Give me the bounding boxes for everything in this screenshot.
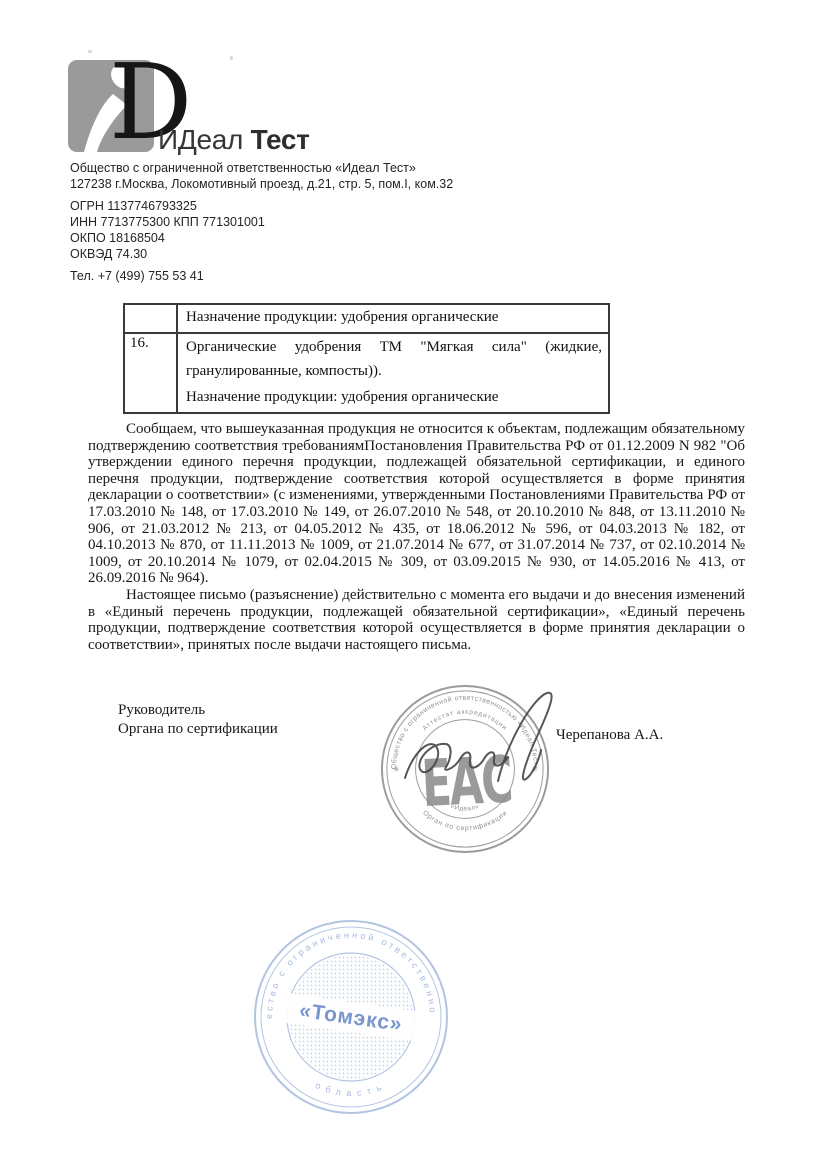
svg-text:область: область bbox=[314, 1080, 388, 1098]
company-okved: ОКВЭД 74.30 bbox=[70, 246, 453, 262]
brand-bold: Тест bbox=[251, 124, 310, 155]
brand-regular: ИДеал bbox=[158, 124, 243, 155]
company-phone: Тел. +7 (499) 755 53 41 bbox=[70, 268, 453, 284]
seal-ring-bottom-text: область bbox=[314, 1080, 388, 1098]
document-page: D ИДеал Тест Общество с ограниченной отв… bbox=[0, 0, 826, 1169]
brand-name: ИДеал Тест bbox=[158, 124, 310, 156]
company-okpo: ОКПО 18168504 bbox=[70, 230, 453, 246]
scan-speck bbox=[230, 56, 233, 60]
signer-role-line1: Руководитель bbox=[118, 701, 278, 720]
product-cell: Органические удобрения ТМ "Мягкая сила" … bbox=[177, 333, 609, 413]
product-description: Органические удобрения ТМ "Мягкая сила" … bbox=[186, 335, 602, 383]
row-number-cell: 16. bbox=[124, 333, 177, 413]
company-name: Общество с ограниченной ответственностью… bbox=[70, 160, 453, 176]
product-purpose: Назначение продукции: удобрения органиче… bbox=[186, 385, 602, 409]
scan-speck bbox=[88, 50, 92, 53]
table-row: Назначение продукции: удобрения органиче… bbox=[124, 304, 609, 333]
signer-role: Руководитель Органа по сертификации bbox=[118, 701, 278, 738]
purpose-cell: Назначение продукции: удобрения органиче… bbox=[177, 304, 609, 333]
company-inn-kpp: ИНН 7713775300 КПП 771301001 bbox=[70, 214, 453, 230]
letter-body: Сообщаем, что вышеуказанная продукция не… bbox=[88, 421, 745, 653]
product-table: Назначение продукции: удобрения органиче… bbox=[123, 303, 610, 414]
company-details: Общество с ограниченной ответственностью… bbox=[70, 160, 453, 284]
company-address: 127238 г.Москва, Локомотивный проезд, д.… bbox=[70, 176, 453, 192]
body-paragraph-2: Настоящее письмо (разъяснение) действите… bbox=[88, 587, 745, 653]
signer-role-line2: Органа по сертификации bbox=[118, 720, 278, 739]
table-row: 16. Органические удобрения ТМ "Мягкая си… bbox=[124, 333, 609, 413]
body-paragraph-1: Сообщаем, что вышеуказанная продукция не… bbox=[88, 421, 745, 587]
company-ogrn: ОГРН 1137746793325 bbox=[70, 198, 453, 214]
handwritten-signature bbox=[375, 678, 585, 808]
blue-seal: Общество с ограниченной ответственностью… bbox=[250, 916, 452, 1118]
row-number-cell bbox=[124, 304, 177, 333]
